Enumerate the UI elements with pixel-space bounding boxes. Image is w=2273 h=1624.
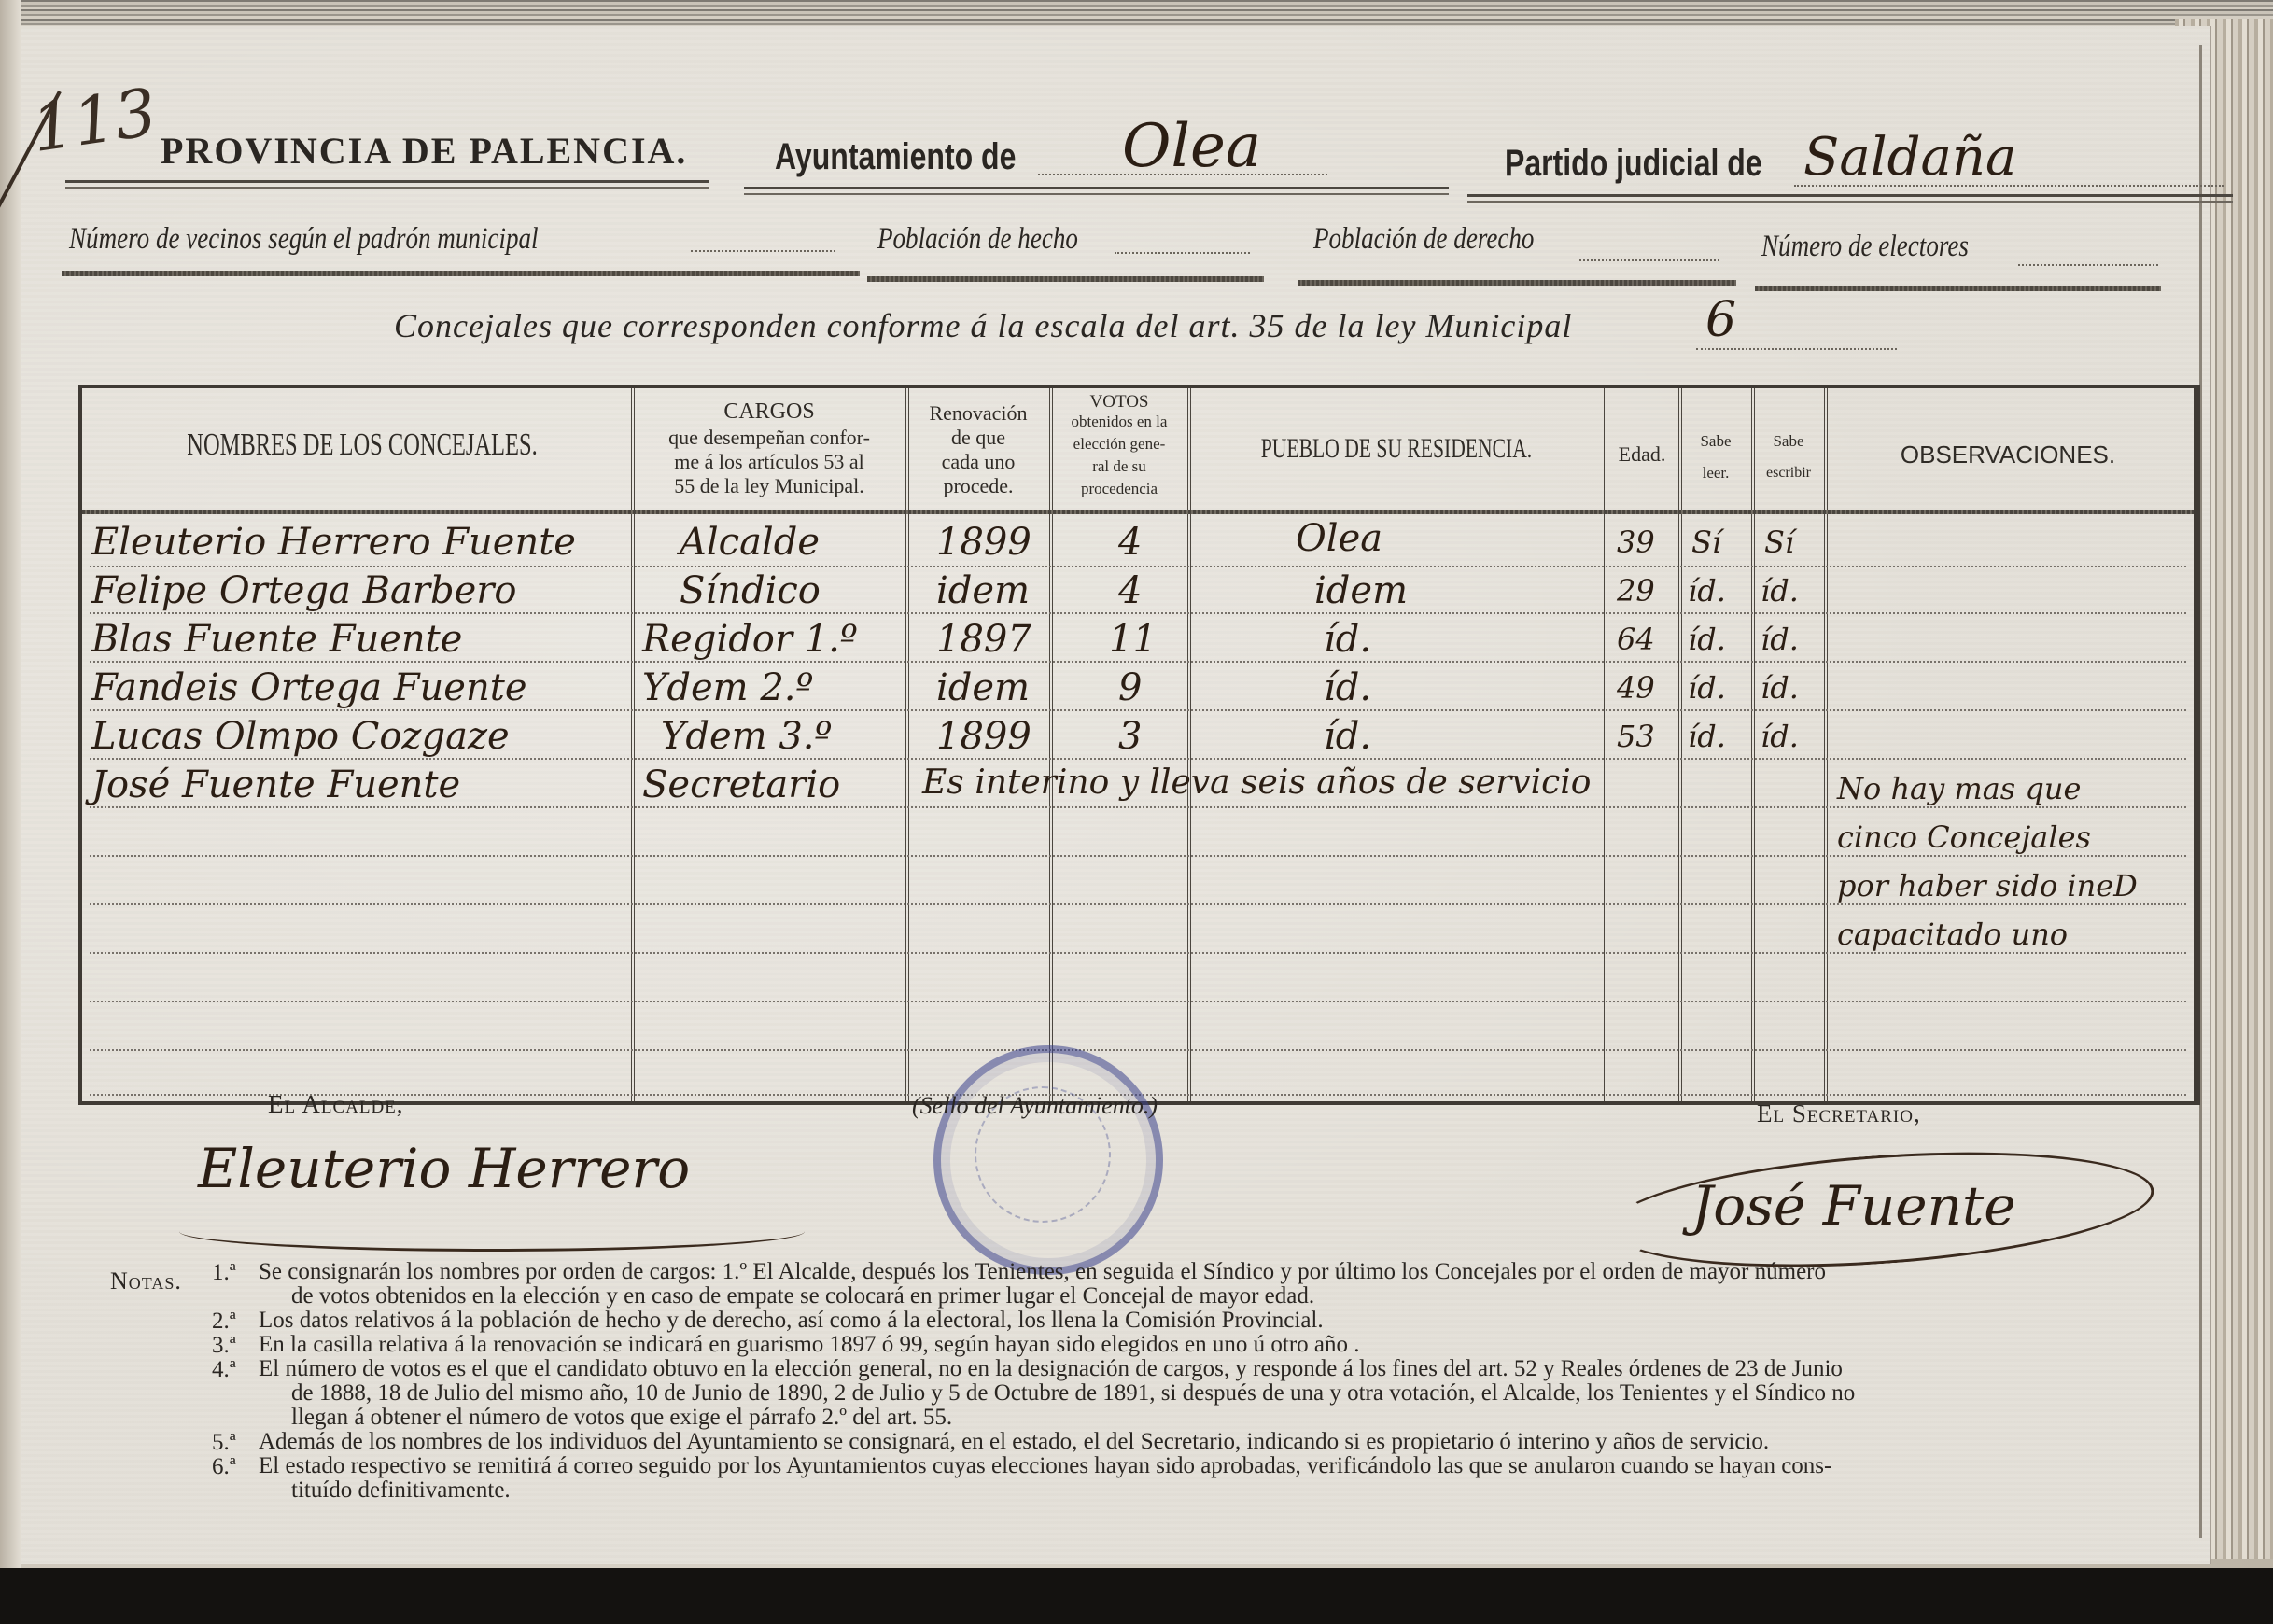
cell-edad: 53 [1617, 719, 1655, 754]
header-nombres: NOMBRES DE LOS CONCEJALES. [174, 433, 550, 457]
electores-field[interactable] [2018, 264, 2158, 266]
electores-underline [1755, 286, 2161, 291]
row-line [90, 709, 2186, 711]
header-sabe-escribir-2: escribir [1755, 461, 1822, 485]
header-edad: Edad. [1607, 442, 1677, 467]
header-sabe-escribir: Sabe [1755, 429, 1822, 454]
header-renovacion-line3: procede. [909, 474, 1047, 498]
observacion-line: por haber sido ineD [1837, 868, 2138, 903]
observacion-line: No hay mas que [1837, 771, 2081, 806]
nota-text: En la casilla relativa á la renovación s… [259, 1333, 1360, 1357]
row-line [90, 952, 2186, 954]
row-line [90, 855, 2186, 857]
nota-number: 4.ª [212, 1357, 236, 1383]
cell-leer: íd. [1688, 622, 1726, 657]
concejales-table: NOMBRES DE LOS CONCEJALES. CARGOS que de… [78, 385, 2200, 1105]
cell-votos: 3 [1118, 715, 1142, 758]
cell-leer: íd. [1688, 670, 1726, 706]
row-line [90, 903, 2186, 905]
cell-leer: íd. [1688, 573, 1726, 609]
poblacion-hecho-underline [867, 276, 1264, 282]
cell-votos: 4 [1118, 521, 1142, 564]
poblacion-derecho-underline [1298, 280, 1736, 286]
cell-votos: 9 [1118, 666, 1142, 709]
binding-edge [0, 0, 21, 1568]
form-sheet: 113 PROVINCIA DE PALENCIA. Ayuntamiento … [21, 26, 2211, 1564]
vecinos-underline [62, 271, 860, 276]
cell-leer: Sí [1691, 525, 1721, 560]
secretario-label: El Secretario, [1757, 1099, 1921, 1128]
header-cargos-line3: 55 de la ley Municipal. [635, 474, 904, 498]
nota-text: El estado respectivo se remitirá á corre… [259, 1454, 1831, 1478]
partido-underline [1467, 194, 2233, 203]
nota-text: Además de los nombres de los individuos … [259, 1430, 1769, 1454]
page-top-edge [0, 0, 2273, 28]
nota-text: llegan á obtener el número de votos que … [291, 1406, 952, 1430]
folio-number: 113 [27, 74, 161, 167]
header-cargos-line1: que desempeñan confor- [635, 426, 904, 450]
nota-text: Se consignarán los nombres por orden de … [259, 1260, 1826, 1284]
cell-escribir: íd. [1761, 573, 1799, 609]
book-page-stack: 113 PROVINCIA DE PALENCIA. Ayuntamiento … [0, 0, 2273, 1568]
cell-cargo: Ydem 3.º [661, 715, 832, 758]
header-votos-line4: procedencia [1053, 478, 1186, 500]
row-line [90, 806, 2186, 808]
cell-edad: 29 [1617, 573, 1655, 609]
poblacion-hecho-label: Población de hecho [877, 222, 1078, 257]
cell-escribir: Sí [1764, 525, 1794, 560]
poblacion-derecho-label: Población de derecho [1313, 222, 1534, 257]
ayuntamiento-underline [744, 187, 1449, 195]
header-sabe-leer: Sabe [1682, 429, 1749, 454]
row-line [90, 1049, 2186, 1051]
cell-renovacion: idem [936, 666, 1030, 709]
cell-pueblo: íd. [1324, 666, 1371, 709]
municipal-seal-stamp [933, 1045, 1163, 1275]
cell-nombre: José Fuente Fuente [91, 763, 460, 806]
nota-number: 5.ª [212, 1430, 236, 1456]
cell-nombre: Lucas Olmpo Cozgaze [91, 715, 510, 758]
background-surface [0, 1568, 2273, 1624]
observacion-line: capacitado uno [1837, 917, 2068, 952]
cell-leer: íd. [1688, 719, 1726, 754]
cell-nombre: Blas Fuente Fuente [91, 618, 462, 661]
alcalde-signature: Eleuterio Herrero [198, 1137, 690, 1200]
cell-votos: 4 [1118, 569, 1142, 612]
cell-renovacion: idem [936, 569, 1030, 612]
cell-pueblo: íd. [1324, 715, 1371, 758]
ayuntamiento-label: Ayuntamiento de [775, 136, 1016, 178]
nota-number: 2.ª [212, 1309, 236, 1335]
cell-renovacion: 1899 [936, 521, 1031, 564]
ayuntamiento-value: Olea [1122, 112, 1261, 181]
electores-label: Número de electores [1761, 230, 1969, 264]
cell-renovacion-secretario: Es interino y lleva seis años de servici… [922, 763, 1591, 802]
header-votos-line2: elección gene- [1053, 433, 1186, 455]
row-line [90, 661, 2186, 663]
sello-label: (Sello del Ayuntamiento.) [912, 1092, 1158, 1120]
row-line [90, 1001, 2186, 1002]
observacion-line: cinco Concejales [1837, 819, 2091, 855]
nota-number: 1.ª [212, 1260, 236, 1286]
cell-pueblo: Olea [1296, 517, 1382, 560]
header-renovacion-line1: de que [909, 426, 1047, 450]
partido-value: Saldaña [1803, 127, 2016, 188]
cell-nombre: Felipe Ortega Barbero [91, 569, 517, 612]
nota-text: El número de votos es el que el candidat… [259, 1357, 1843, 1381]
header-rule [82, 510, 2194, 514]
cell-edad: 64 [1617, 622, 1655, 657]
cell-pueblo: íd. [1324, 618, 1371, 661]
nota-text: de 1888, 18 de Julio del mismo año, 10 d… [291, 1381, 1855, 1406]
cell-nombre: Fandeis Ortega Fuente [91, 666, 526, 709]
row-line [90, 758, 2186, 760]
header-renovacion: Renovación [909, 401, 1047, 426]
cell-escribir: íd. [1761, 622, 1799, 657]
cell-escribir: íd. [1761, 670, 1799, 706]
header-cargos-line2: me á los artículos 53 al [635, 450, 904, 474]
col-divider [1751, 388, 1755, 1101]
cell-edad: 49 [1617, 670, 1655, 706]
cell-renovacion: 1899 [936, 715, 1031, 758]
cell-nombre: Eleuterio Herrero Fuente [91, 521, 576, 564]
nota-text: Los datos relativos á la población de he… [259, 1309, 1324, 1333]
cell-cargo: Alcalde [680, 521, 820, 564]
cell-cargo: Regidor 1.º [642, 618, 858, 661]
header-cargos: CARGOS [635, 399, 904, 424]
col-divider [1187, 388, 1191, 1101]
row-line [90, 566, 2186, 567]
row-line [90, 612, 2186, 614]
header-votos-line1: obtenidos en la [1053, 411, 1186, 433]
nota-number: 3.ª [212, 1333, 236, 1359]
header-observaciones: OBSERVACIONES. [1828, 442, 2188, 467]
cell-pueblo: idem [1314, 569, 1408, 612]
cell-edad: 39 [1617, 525, 1655, 560]
cell-cargo: Secretario [642, 763, 840, 806]
nota-text: de votos obtenidos en la elección y en c… [291, 1284, 1314, 1309]
provincia-title: PROVINCIA DE PALENCIA. [161, 129, 687, 173]
col-divider [1604, 388, 1607, 1101]
provincia-underline [65, 180, 709, 189]
vecinos-label: Número de vecinos según el padrón munici… [69, 222, 539, 257]
col-divider [1824, 388, 1828, 1101]
cell-votos: 11 [1109, 618, 1157, 661]
nota-text: tituído definitivamente. [291, 1478, 511, 1503]
vecinos-field[interactable] [691, 250, 835, 252]
nota-number: 6.ª [212, 1454, 236, 1480]
col-divider [1678, 388, 1682, 1101]
header-sabe-leer-2: leer. [1682, 461, 1749, 485]
alcalde-flourish [179, 1211, 805, 1252]
header-renovacion-line2: cada uno [909, 450, 1047, 474]
notas-title: Notas. [110, 1267, 182, 1295]
concejales-scale-label: Concejales que corresponden conforme á l… [394, 306, 1572, 345]
partido-label: Partido judicial de [1505, 143, 1762, 185]
cell-cargo: Síndico [680, 569, 821, 612]
concejales-scale-value: 6 [1705, 292, 1736, 348]
poblacion-derecho-field[interactable] [1579, 259, 1719, 261]
header-votos-line3: ral de su [1053, 455, 1186, 478]
cell-renovacion: 1897 [936, 618, 1031, 661]
header-pueblo: PUEBLO DE SU RESIDENCIA. [1250, 437, 1543, 461]
cell-escribir: íd. [1761, 719, 1799, 754]
cell-cargo: Ydem 2.º [642, 666, 813, 709]
alcalde-label: El Alcalde, [268, 1090, 404, 1119]
poblacion-hecho-field[interactable] [1115, 252, 1250, 254]
concejales-scale-field[interactable] [1696, 348, 1897, 350]
